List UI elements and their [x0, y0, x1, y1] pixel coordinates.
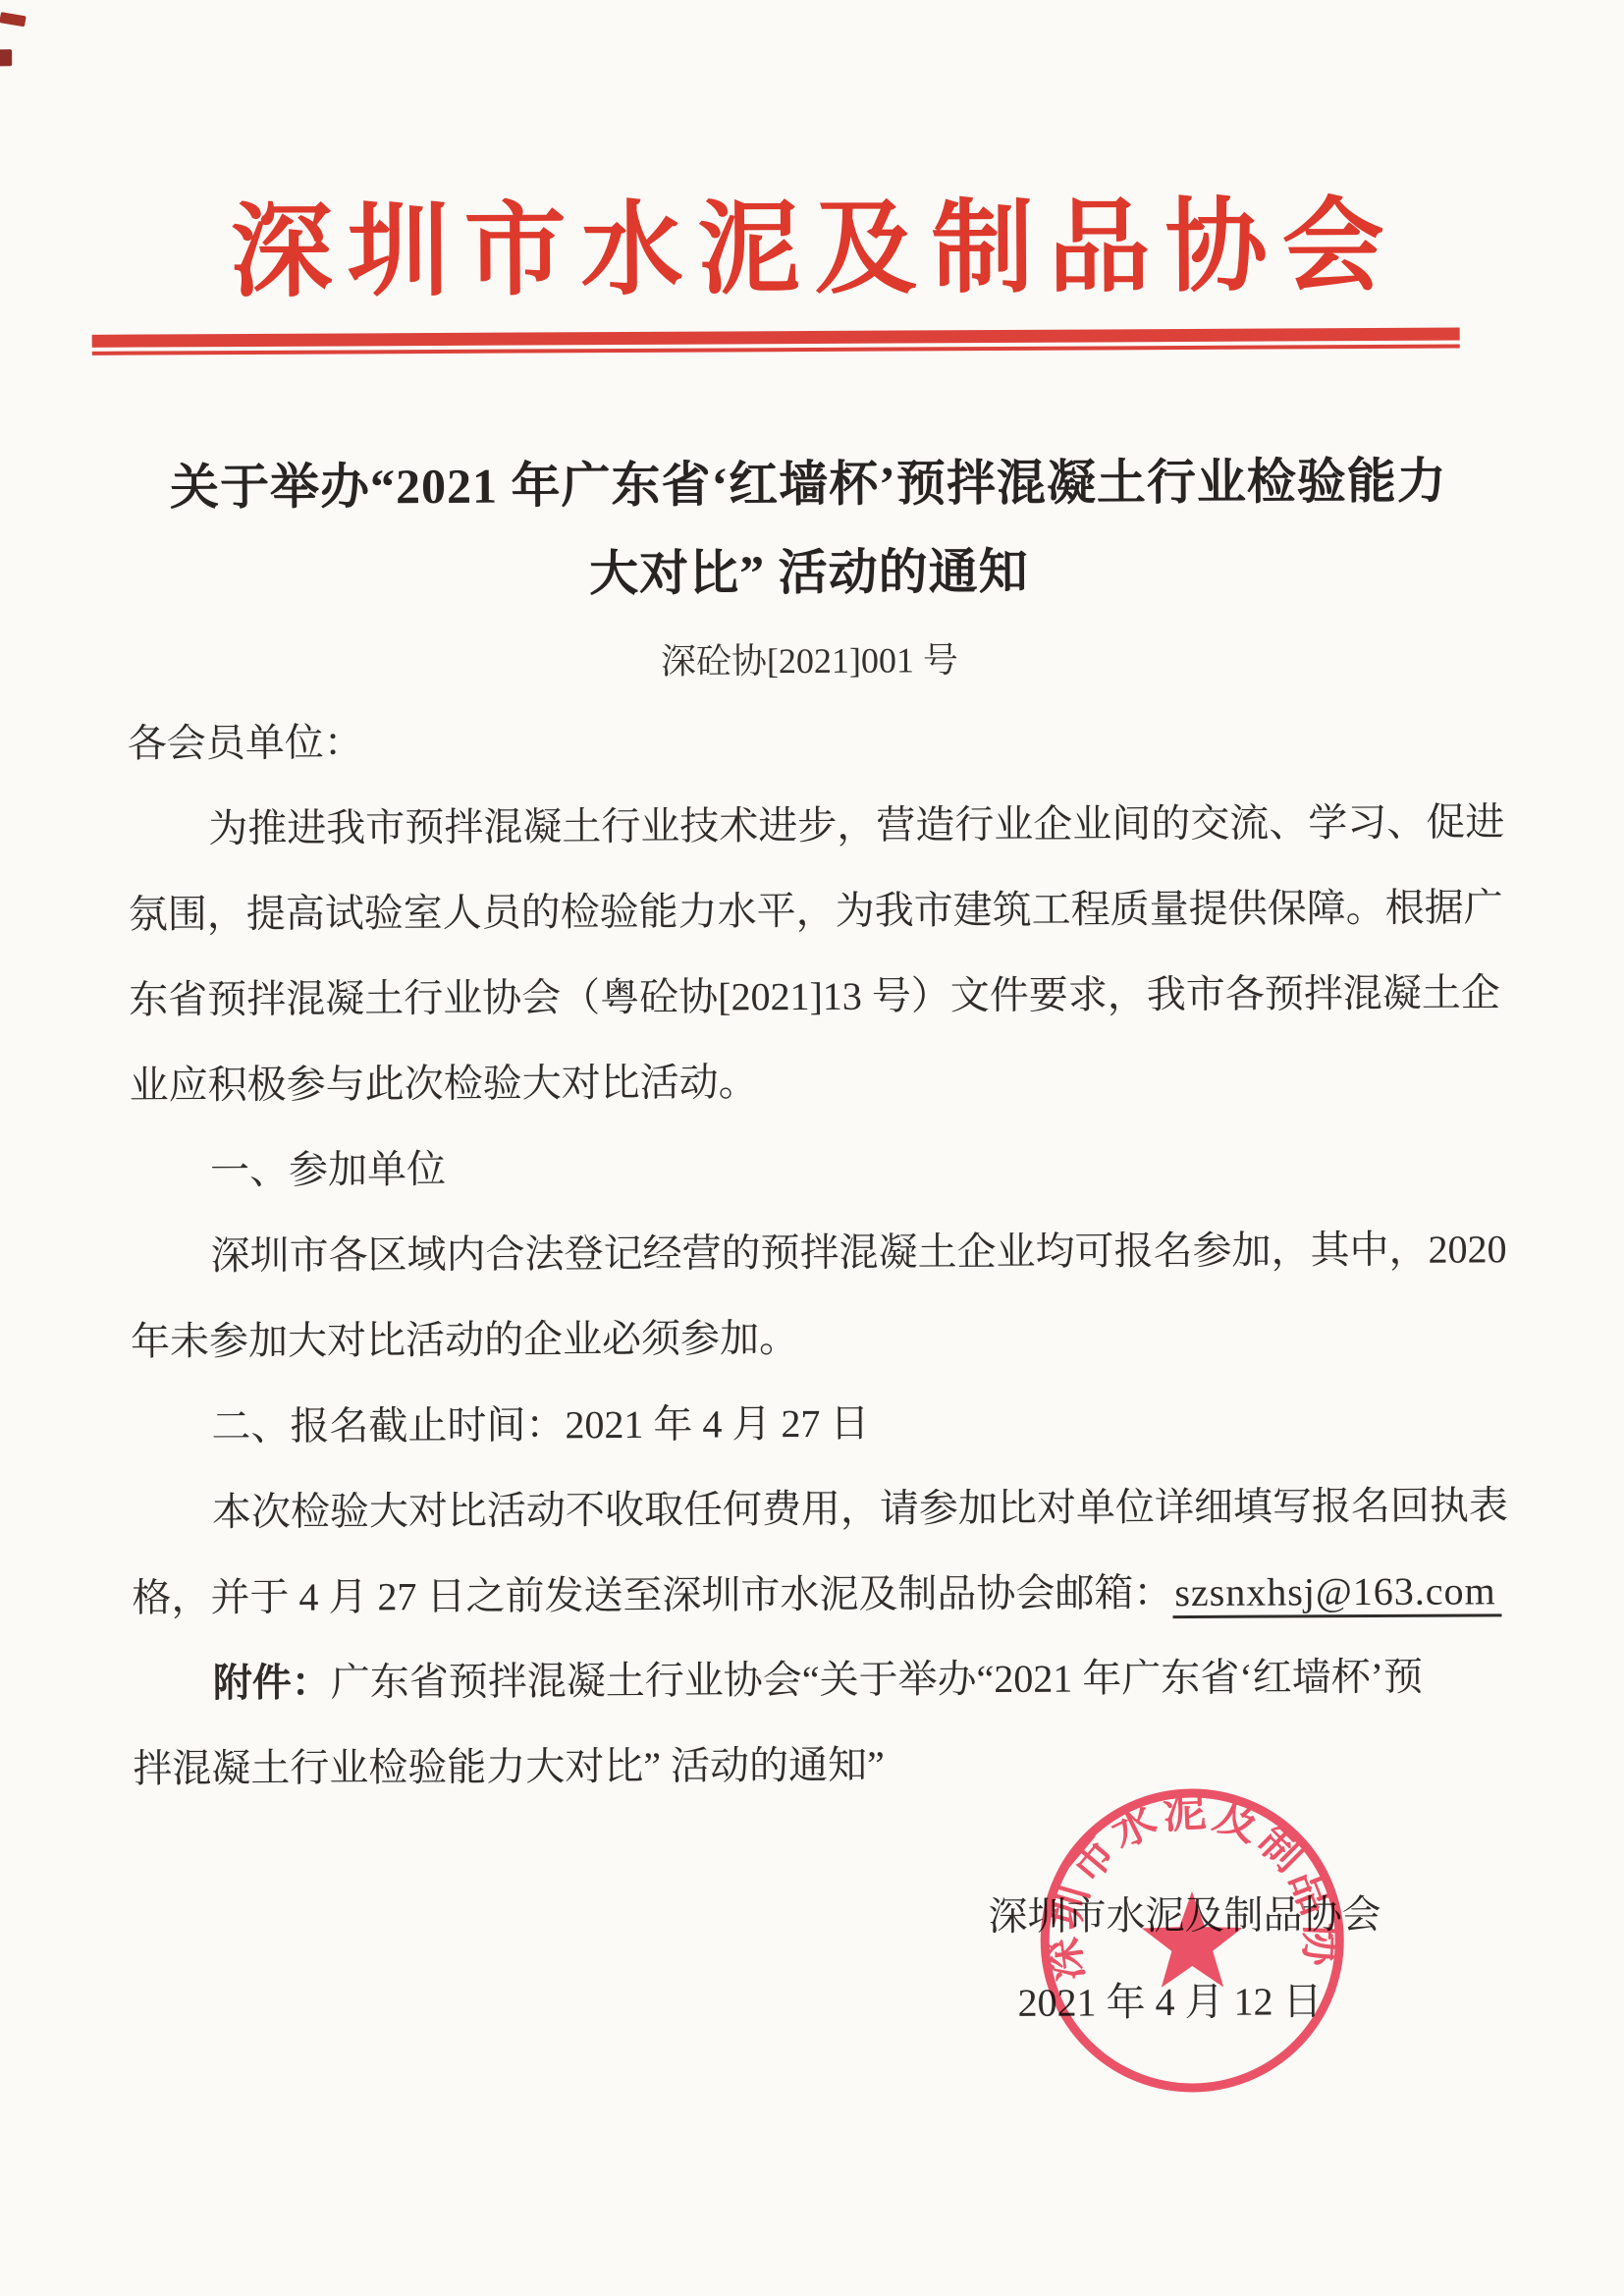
official-seal: 深圳市水泥及制品协会	[1032, 1780, 1352, 2101]
scan-speck	[0, 49, 12, 66]
scan-speck	[0, 12, 27, 27]
attachment-line1: 附件：广东省预拌混凝土行业协会“关于举办“2021 年广东省‘红墙杯’预	[133, 1633, 1486, 1725]
paragraph3-line2-prefix: 格，并于 4 月 27 日之前发送至深圳市水泥及制品协会邮箱：	[132, 1570, 1172, 1620]
paragraph1-line3: 东省预拌混凝土行业协会（粤砼协[2021]13 号）文件要求，我市各预拌混凝土企	[129, 950, 1482, 1042]
document-number: 深砼协[2021]001 号	[0, 634, 1622, 688]
section-heading-2: 二、报名截止时间：2021 年 4 月 27 日	[131, 1377, 1484, 1469]
paragraph1-line1: 为推进我市预拌混凝土行业技术进步，营造行业企业间的交流、学习、促进	[128, 779, 1481, 871]
paragraph3-line1: 本次检验大对比活动不收取任何费用，请参加比对单位详细填写报名回执表	[132, 1462, 1485, 1555]
paragraph2-line2: 年未参加大对比活动的企业必须参加。	[131, 1291, 1484, 1384]
paragraph1-line4: 业应积极参与此次检验大对比活动。	[129, 1035, 1482, 1127]
document-title-line2: 大对比” 活动的通知	[66, 524, 1552, 621]
email-address: szsnxhsj@163.com	[1172, 1568, 1502, 1618]
paragraph1-line2: 氛围，提高试验室人员的检验能力水平，为我市建筑工程质量提供保障。根据广	[129, 864, 1482, 957]
paragraph2-line1: 深圳市各区域内合法登记经营的预拌混凝土企业均可报名参加，其中，2020	[130, 1206, 1483, 1298]
attachment-label: 附件：	[213, 1661, 331, 1706]
scanned-notice-page: 深圳市水泥及制品协会 关于举办“2021 年广东省‘红墙杯’预拌混凝土行业检验能…	[0, 0, 1624, 2296]
section-heading-1: 一、参加单位	[130, 1121, 1483, 1213]
document-body: 各会员单位： 为推进我市预拌混凝土行业技术进步，营造行业企业间的交流、学习、促进…	[128, 693, 1487, 1811]
salutation: 各会员单位：	[128, 693, 1481, 786]
scan-tilt-wrapper: 深圳市水泥及制品协会 关于举办“2021 年广东省‘红墙杯’预拌混凝土行业检验能…	[0, 0, 1624, 2296]
attachment-text-line1: 广东省预拌混凝土行业协会“关于举办“2021 年广东省‘红墙杯’预	[331, 1655, 1423, 1705]
document-title-line1: 关于举办“2021 年广东省‘红墙杯’预拌混凝土行业检验能力	[65, 436, 1551, 532]
star-icon	[1142, 1891, 1243, 1988]
document-title: 关于举办“2021 年广东省‘红墙杯’预拌混凝土行业检验能力 大对比” 活动的通…	[65, 436, 1552, 621]
letterhead-association-name: 深圳市水泥及制品协会	[0, 188, 1620, 314]
paragraph3-line2: 格，并于 4 月 27 日之前发送至深圳市水泥及制品协会邮箱：szsnxhsj@…	[132, 1548, 1485, 1640]
